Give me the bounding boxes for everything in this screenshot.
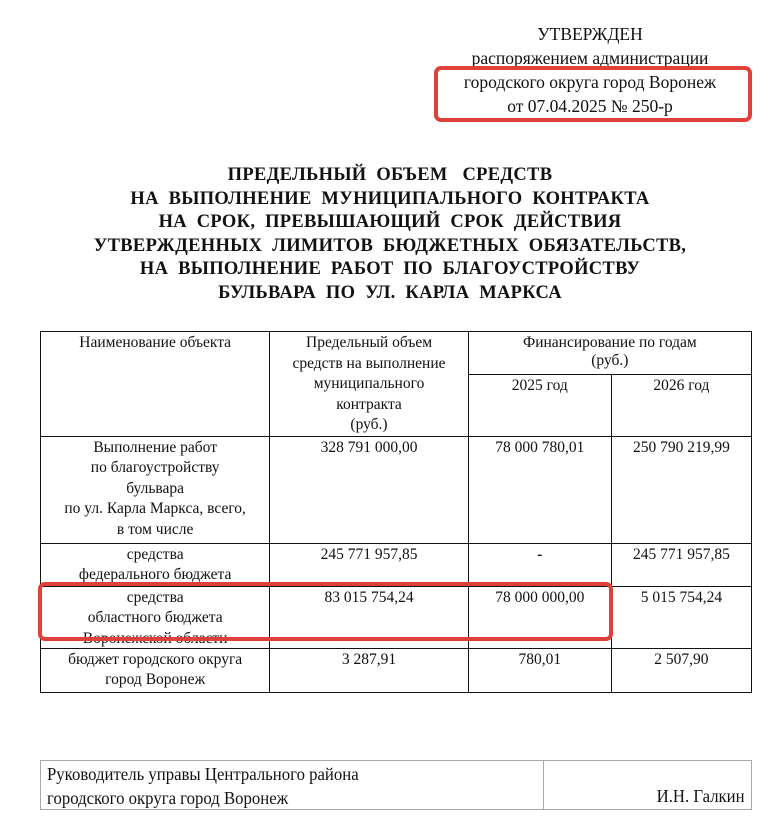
- title-line: НА ВЫПОЛНЕНИЕ МУНИЦИПАЛЬНОГО КОНТРАКТА: [30, 188, 750, 212]
- table-row: бюджет городского округа город Воронеж 3…: [41, 648, 752, 692]
- row-2025: 78 000 780,01: [468, 436, 611, 543]
- header-limit: Предельный объем средств на выполнение м…: [270, 332, 468, 437]
- row-name-line: бюджет городского округа: [45, 650, 265, 671]
- approval-date-number: от 07.04.2025 № 250-р: [430, 94, 750, 118]
- row-name: средства областного бюджета Воронежской …: [41, 586, 270, 648]
- header-limit-line: (руб.): [274, 415, 463, 436]
- row-limit: 3 287,91: [270, 648, 468, 692]
- row-name-line: в том числе: [45, 520, 265, 541]
- title-line: БУЛЬВАРА ПО УЛ. КАРЛА МАРКСА: [30, 282, 750, 306]
- header-financing-line: (руб.): [473, 351, 747, 372]
- row-name-line: город Воронеж: [45, 670, 265, 691]
- row-name-line: Воронежской области: [45, 629, 265, 648]
- row-2026: 250 790 219,99: [611, 436, 751, 543]
- header-limit-line: контракта: [274, 395, 463, 416]
- table-row: Выполнение работ по благоустройству буль…: [41, 436, 752, 543]
- table-row: средства федерального бюджета 245 771 95…: [41, 543, 752, 586]
- approval-heading: УТВЕРЖДЕН: [430, 22, 750, 46]
- header-year-2025: 2025 год: [468, 374, 611, 436]
- header-year-2026: 2026 год: [611, 374, 751, 436]
- title-line: УТВЕРЖДЕННЫХ ЛИМИТОВ БЮДЖЕТНЫХ ОБЯЗАТЕЛЬ…: [30, 235, 750, 259]
- budget-table: Наименование объекта Предельный объем ср…: [40, 331, 752, 693]
- row-name-line: Выполнение работ: [45, 438, 265, 459]
- approval-line: распоряжением администрации: [430, 46, 750, 70]
- row-name-line: средства: [45, 588, 265, 609]
- signatory-name: И.Н. Галкин: [657, 784, 745, 808]
- row-2025: -: [468, 543, 611, 586]
- document-title: ПРЕДЕЛЬНЫЙ ОБЪЕМ СРЕДСТВ НА ВЫПОЛНЕНИЕ М…: [30, 164, 750, 305]
- row-2026: 2 507,90: [611, 648, 751, 692]
- header-limit-line: муниципального: [274, 374, 463, 395]
- approval-line: городского округа город Воронеж: [430, 70, 750, 94]
- header-object-name: Наименование объекта: [41, 332, 270, 437]
- row-name-line: по ул. Карла Маркса, всего,: [45, 499, 265, 520]
- signatory-position-line: Руководитель управы Центрального района: [47, 762, 503, 786]
- header-financing: Финансирование по годам (руб.): [468, 332, 751, 375]
- header-limit-line: средств на выполнение: [274, 354, 463, 375]
- header-limit-line: Предельный объем: [274, 333, 463, 354]
- approval-stamp: УТВЕРЖДЕН распоряжением администрации го…: [430, 22, 750, 118]
- title-line: ПРЕДЕЛЬНЫЙ ОБЪЕМ СРЕДСТВ: [30, 164, 750, 188]
- row-name: бюджет городского округа город Воронеж: [41, 648, 270, 692]
- row-2025: 780,01: [468, 648, 611, 692]
- row-name-line: бульвара: [45, 479, 265, 500]
- row-name-line: по благоустройству: [45, 458, 265, 479]
- row-2026: 5 015 754,24: [611, 586, 751, 648]
- row-name-line: средства: [45, 545, 265, 566]
- signature-block: Руководитель управы Центрального района …: [40, 760, 752, 810]
- row-name: Выполнение работ по благоустройству буль…: [41, 436, 270, 543]
- table-row: средства областного бюджета Воронежской …: [41, 586, 752, 648]
- row-name: средства федерального бюджета: [41, 543, 270, 586]
- row-limit: 83 015 754,24: [270, 586, 468, 648]
- row-2025: 78 000 000,00: [468, 586, 611, 648]
- signatory-position-line: городского округа город Воронеж: [47, 786, 503, 810]
- title-line: НА ВЫПОЛНЕНИЕ РАБОТ ПО БЛАГОУСТРОЙСТВУ: [30, 258, 750, 282]
- row-limit: 245 771 957,85: [270, 543, 468, 586]
- row-name-line: областного бюджета: [45, 608, 265, 629]
- row-name-line: федерального бюджета: [45, 565, 265, 586]
- row-limit: 328 791 000,00: [270, 436, 468, 543]
- signatory-name-cell: И.Н. Галкин: [544, 761, 751, 809]
- row-2026: 245 771 957,85: [611, 543, 751, 586]
- signatory-position: Руководитель управы Центрального района …: [41, 761, 544, 809]
- title-line: НА СРОК, ПРЕВЫШАЮЩИЙ СРОК ДЕЙСТВИЯ: [30, 211, 750, 235]
